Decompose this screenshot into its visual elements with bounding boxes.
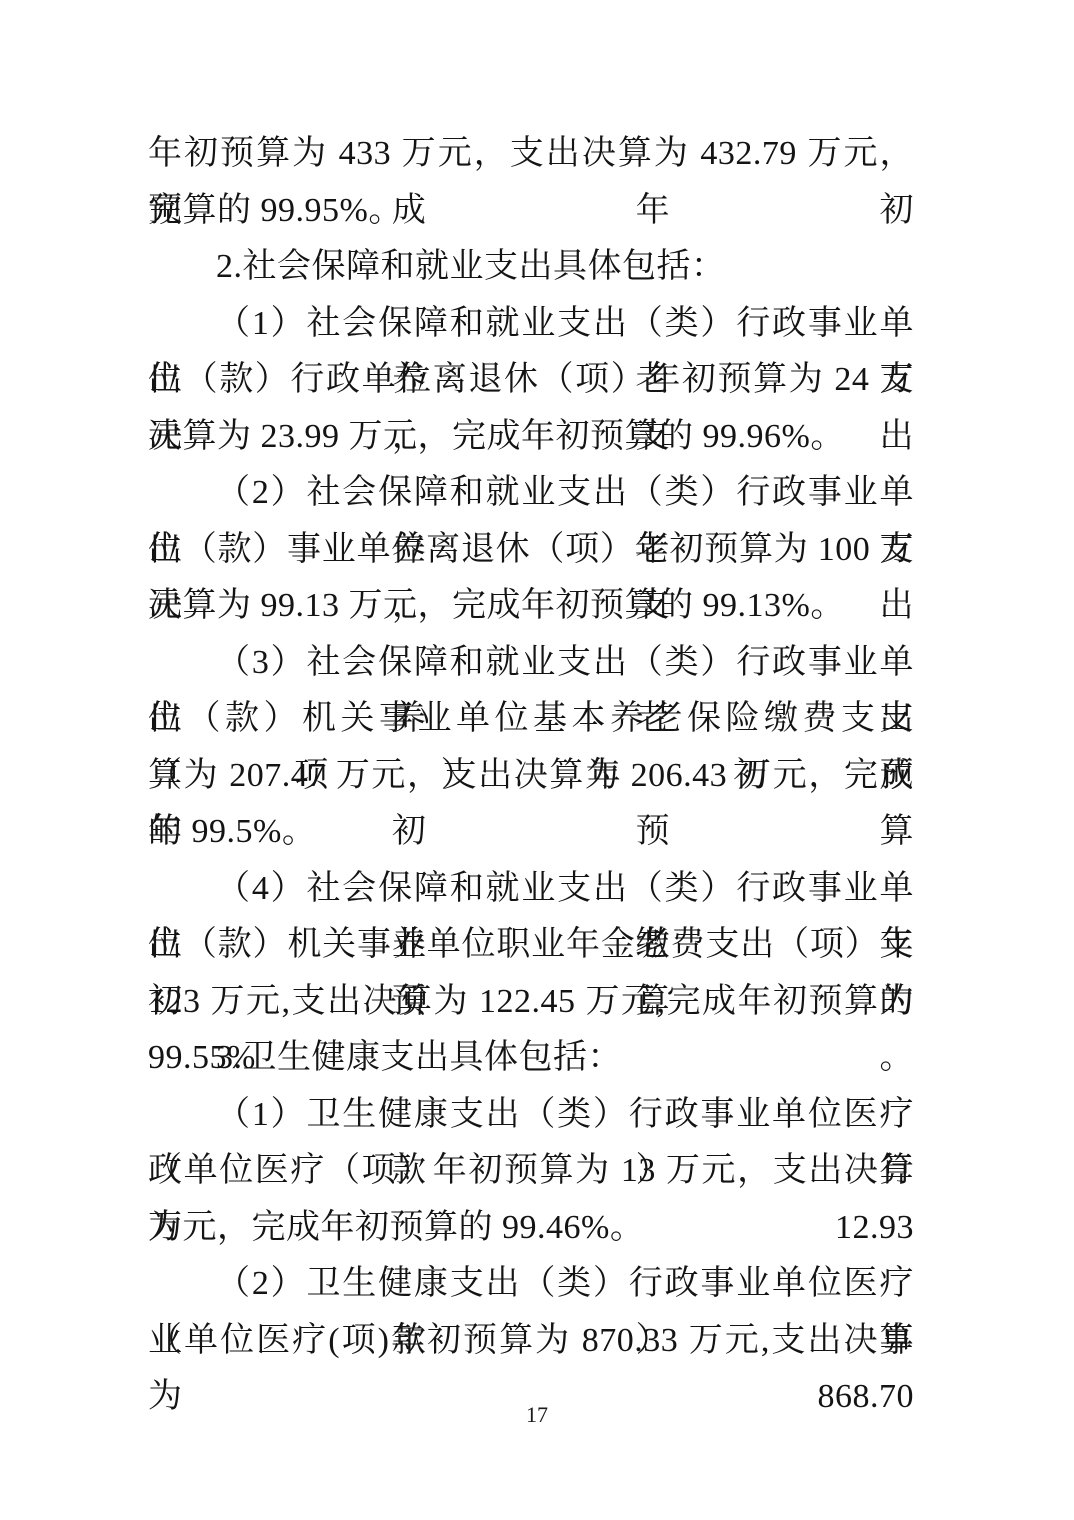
text-line: （3）社会保障和就业支出（类）行政事业单位养老支 bbox=[148, 635, 914, 692]
section-heading-line: 2.社会保障和就业支出具体包括： bbox=[148, 239, 914, 296]
text-line: （1）社会保障和就业支出（类）行政事业单位养老支 bbox=[148, 296, 914, 353]
text-line: 出（款）行政单位离退休（项）年初预算为 24 万元，支出 bbox=[148, 352, 914, 409]
text-line: 出（款）机关事业单位职业年金缴费支出（项）年初预算为 bbox=[148, 917, 914, 974]
text-line: （2）社会保障和就业支出（类）行政事业单位养老支 bbox=[148, 465, 914, 522]
text-line: 123 万元,支出决算为 122.45 万元,完成年初预算的 99.55%。 bbox=[148, 974, 914, 1031]
text-line: 算为 207.47 万元，支出决算为 206.43 万元，完成年初预算 bbox=[148, 748, 914, 805]
text-line: （4）社会保障和就业支出（类）行政事业单位养老支 bbox=[148, 861, 914, 918]
text-line: 决算为 23.99 万元，完成年初预算的 99.96%。 bbox=[148, 409, 914, 466]
text-line: （1）卫生健康支出（类）行政事业单位医疗（款）行 bbox=[148, 1087, 914, 1144]
page-number: 17 bbox=[0, 1400, 1074, 1430]
text-line: 出（款）机关事业单位基本养老保险缴费支出（项）年初预 bbox=[148, 691, 914, 748]
text-line: （2）卫生健康支出（类）行政事业单位医疗（款）事 bbox=[148, 1256, 914, 1313]
text-line: 政单位医疗（项）年初预算为 13 万元，支出决算为 12.93 bbox=[148, 1143, 914, 1200]
text-line: 决算为 99.13 万元，完成年初预算的 99.13%。 bbox=[148, 578, 914, 635]
document-page: 年初预算为 433 万元，支出决算为 432.79 万元，完成年初 预算的 99… bbox=[0, 0, 1074, 1520]
text-line: 业单位医疗(项)年初预算为 870.33 万元,支出决算为 868.70 bbox=[148, 1313, 914, 1370]
text-line: 年初预算为 433 万元，支出决算为 432.79 万元，完成年初 bbox=[148, 126, 914, 183]
body-text: 年初预算为 433 万元，支出决算为 432.79 万元，完成年初 预算的 99… bbox=[148, 126, 914, 1369]
text-line: 出（款）事业单位离退休（项）年初预算为 100 万元，支出 bbox=[148, 522, 914, 579]
